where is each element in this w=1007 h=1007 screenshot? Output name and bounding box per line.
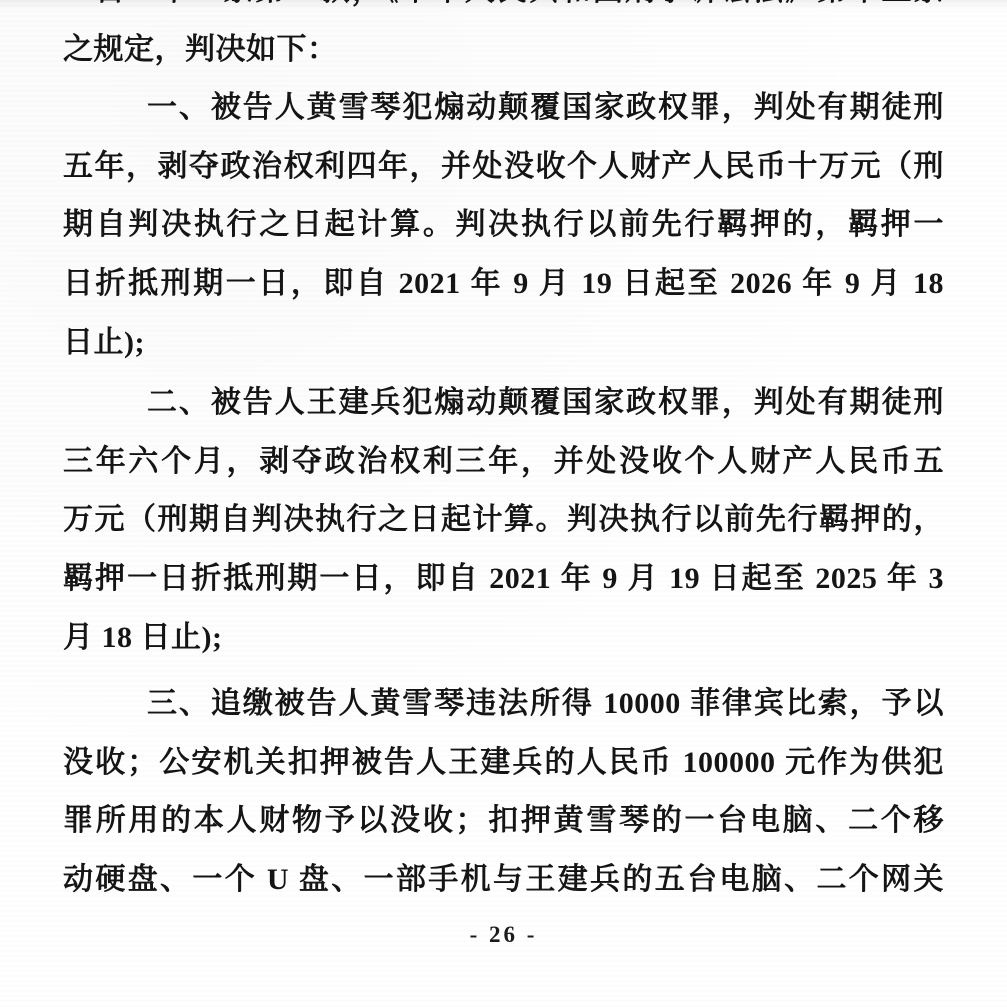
document-line: 之规定，判决如下： [63,21,944,80]
document-line: 罪所用的本人财物予以没收；扣押黄雪琴的一台电脑、二个移 [63,792,944,851]
document-line-item-1-start: 一、被告人黄雪琴犯煽动颠覆国家政权罪，判处有期徒刑 [63,79,944,138]
judgment-text-block: 一百一十二条第二款，《中华人民共和国刑事诉讼法》第十五条 之规定，判决如下： 一… [63,0,944,910]
document-line: 日折抵刑期一日，即自 2021 年 9 月 19 日起至 2026 年 9 月 … [63,255,944,314]
document-line: 三年六个月，剥夺政治权利三年，并处没收个人财产人民币五 [63,433,944,492]
document-line-item-2-start: 二、被告人王建兵犯煽动颠覆国家政权罪，判处有期徒刑 [63,374,944,433]
document-line: 动硬盘、一个 U 盘、一部手机与王建兵的五台电脑、二个网关 [63,851,944,910]
page-number: - 26 - [0,922,1007,948]
document-line: 羁押一日折抵刑期一日，即自 2021 年 9 月 19 日起至 2025 年 3 [63,550,944,609]
document-line: 没收；公安机关扣押被告人王建兵的人民币 100000 元作为供犯 [63,734,944,793]
document-line-item-3-start: 三、追缴被告人黄雪琴违法所得 10000 菲律宾比索，予以 [63,675,944,734]
document-page: 一百一十二条第二款，《中华人民共和国刑事诉讼法》第十五条 之规定，判决如下： 一… [0,0,1007,1007]
document-line: 万元（刑期自判决执行之日起计算。判决执行以前先行羁押的， [63,491,944,550]
document-line: 日止); [63,314,944,373]
document-line: 月 18 日止); [63,609,944,668]
document-line: 期自判决执行之日起计算。判决执行以前先行羁押的，羁押一 [63,196,944,255]
document-line: 五年，剥夺政治权利四年，并处没收个人财产人民币十万元（刑 [63,138,944,197]
document-line-clipped-top: 一百一十二条第二款，《中华人民共和国刑事诉讼法》第十五条 [63,0,944,21]
